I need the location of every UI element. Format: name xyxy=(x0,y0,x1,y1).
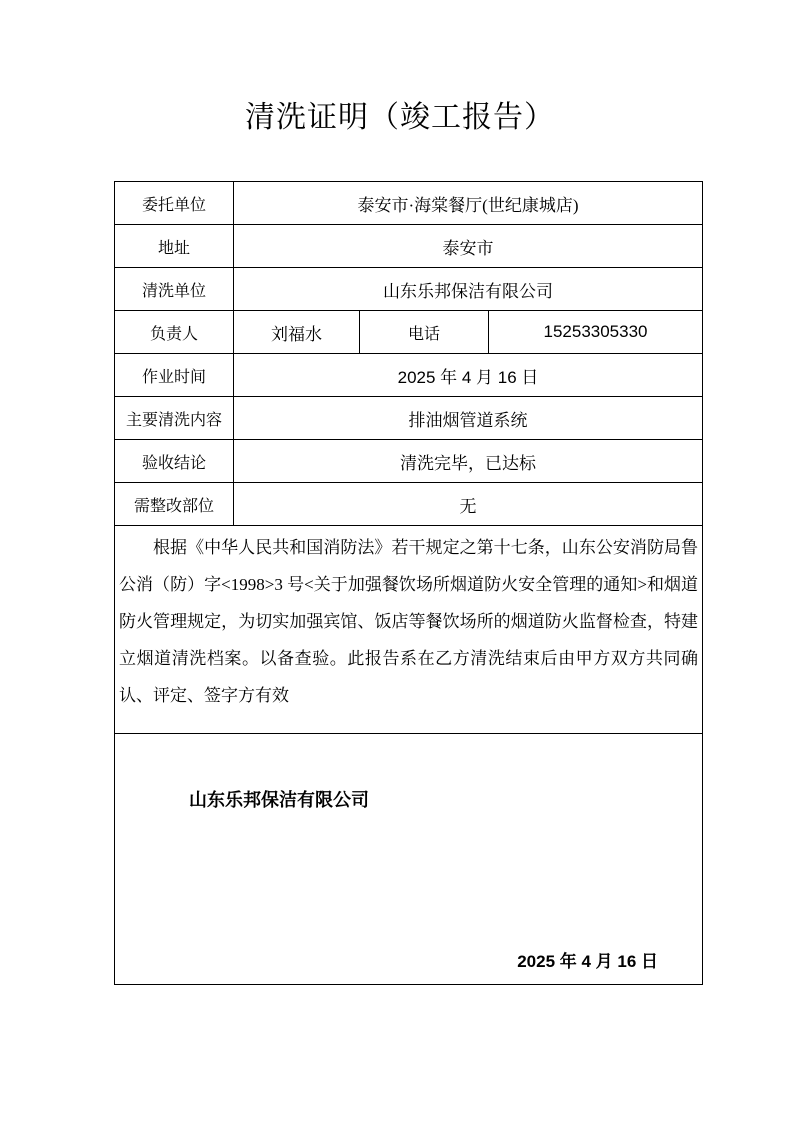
phone-value: 15253305330 xyxy=(489,311,703,354)
report-table: 委托单位 泰安市·海棠餐厅(世纪康城店) 地址 泰安市 清洗单位 山东乐邦保洁有… xyxy=(114,181,703,985)
signature-date: 2025 年 4 月 16 日 xyxy=(517,947,658,972)
rectification-label: 需整改部位 xyxy=(115,483,234,526)
cleaning-content-value: 排油烟管道系统 xyxy=(234,397,703,440)
table-row-signature: 山东乐邦保洁有限公司 2025 年 4 月 16 日 xyxy=(115,734,703,985)
client-value: 泰安市·海棠餐厅(世纪康城店) xyxy=(234,182,703,225)
person-label: 负责人 xyxy=(115,311,234,354)
address-label: 地址 xyxy=(115,225,234,268)
table-row-address: 地址 泰安市 xyxy=(115,225,703,268)
table-row-acceptance-conclusion: 验收结论 清洗完毕，已达标 xyxy=(115,440,703,483)
table-row-client: 委托单位 泰安市·海棠餐厅(世纪康城店) xyxy=(115,182,703,225)
document-title: 清洗证明（竣工报告） xyxy=(0,92,800,136)
table-row-person-in-charge: 负责人 刘福水 电话 15253305330 xyxy=(115,311,703,354)
table-row-cleaning-company: 清洗单位 山东乐邦保洁有限公司 xyxy=(115,268,703,311)
address-value: 泰安市 xyxy=(234,225,703,268)
notice-paragraph: 根据《中华人民共和国消防法》若干规定之第十七条，山东公安消防局鲁公消（防）字<1… xyxy=(119,529,698,714)
phone-label: 电话 xyxy=(360,311,489,354)
cleaning-company-value: 山东乐邦保洁有限公司 xyxy=(234,268,703,311)
signature-cell: 山东乐邦保洁有限公司 2025 年 4 月 16 日 xyxy=(115,734,703,985)
client-label: 委托单位 xyxy=(115,182,234,225)
cleaning-content-label: 主要清洗内容 xyxy=(115,397,234,440)
table-row-cleaning-content: 主要清洗内容 排油烟管道系统 xyxy=(115,397,703,440)
table-row-work-date: 作业时间 2025 年 4 月 16 日 xyxy=(115,354,703,397)
notice-cell: 根据《中华人民共和国消防法》若干规定之第十七条，山东公安消防局鲁公消（防）字<1… xyxy=(115,526,703,734)
person-value: 刘福水 xyxy=(234,311,360,354)
acceptance-label: 验收结论 xyxy=(115,440,234,483)
table-row-rectification: 需整改部位 无 xyxy=(115,483,703,526)
signature-company-name: 山东乐邦保洁有限公司 xyxy=(189,786,369,812)
acceptance-value: 清洗完毕，已达标 xyxy=(234,440,703,483)
cleaning-company-label: 清洗单位 xyxy=(115,268,234,311)
table-row-notice: 根据《中华人民共和国消防法》若干规定之第十七条，山东公安消防局鲁公消（防）字<1… xyxy=(115,526,703,734)
work-date-label: 作业时间 xyxy=(115,354,234,397)
document-page: 清洗证明（竣工报告） 委托单位 泰安市·海棠餐厅(世纪康城店) 地址 泰安市 清… xyxy=(0,0,800,1131)
work-date-value: 2025 年 4 月 16 日 xyxy=(234,354,703,397)
rectification-value: 无 xyxy=(234,483,703,526)
